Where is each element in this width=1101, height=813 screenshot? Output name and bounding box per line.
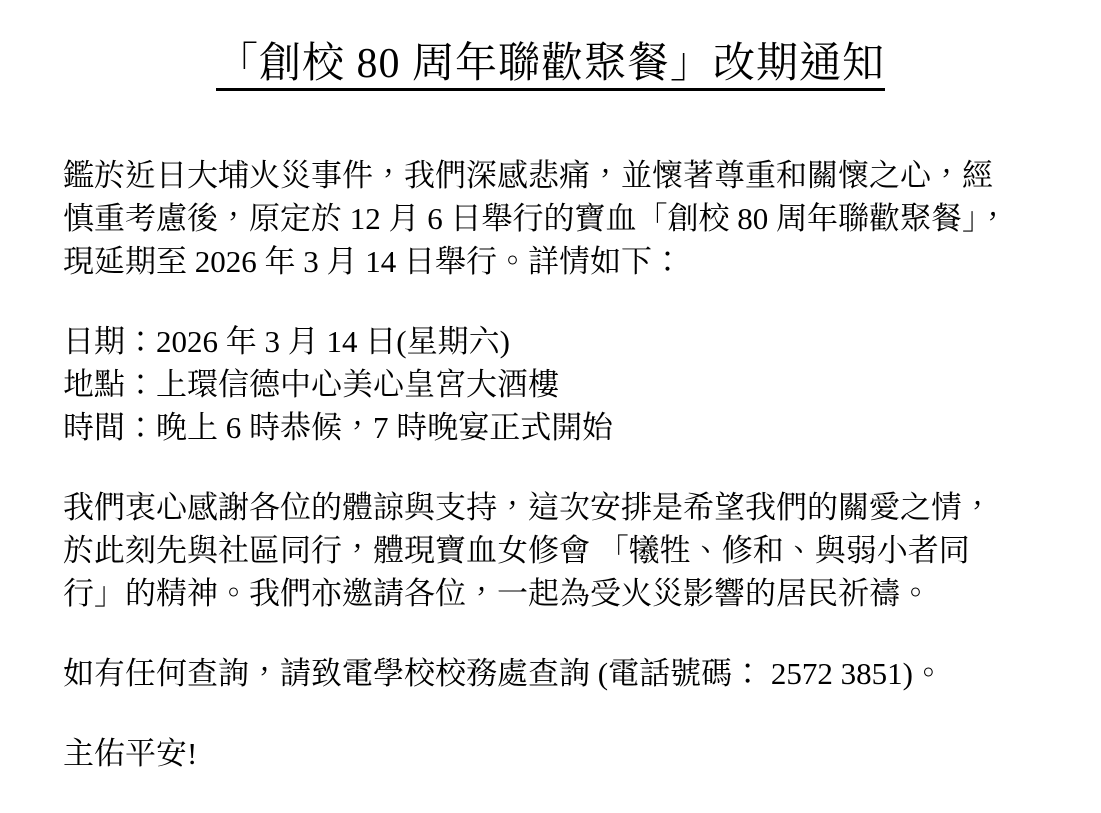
blank-line-2 bbox=[63, 449, 1071, 486]
gratitude-line-2: 於此刻先與社區同行，體現寶血女修會 「犧牲、修和、與弱小者同 bbox=[63, 529, 1071, 572]
blank-line-3 bbox=[63, 615, 1071, 652]
intro-line-1: 鑑於近日大埔火災事件，我們深感悲痛，並懷著尊重和關懷之心，經 bbox=[63, 154, 1071, 197]
blank-line-4 bbox=[63, 695, 1071, 732]
closing-line: 主佑平安! bbox=[63, 732, 1071, 775]
detail-line-venue: 地點：上環信德中心美心皇宮大酒樓 bbox=[63, 363, 1071, 406]
blank-line-1 bbox=[63, 283, 1071, 320]
notice-page: 「創校 80 周年聯歡聚餐」改期通知 鑑於近日大埔火災事件，我們深感悲痛，並懷著… bbox=[0, 0, 1101, 813]
document-title-text: 「創校 80 周年聯歡聚餐」改期通知 bbox=[216, 41, 885, 91]
detail-line-time: 時間：晚上 6 時恭候，7 時晚宴正式開始 bbox=[63, 406, 1071, 449]
intro-line-2: 慎重考慮後，原定於 12 月 6 日舉行的寶血「創校 80 周年聯歡聚餐」， bbox=[63, 197, 1071, 240]
intro-line-3: 現延期至 2026 年 3 月 14 日舉行。詳情如下： bbox=[63, 240, 1071, 283]
contact-line: 如有任何查詢，請致電學校校務處查詢 (電話號碼： 2572 3851)。 bbox=[63, 652, 1071, 695]
gratitude-line-3: 行」的精神。我們亦邀請各位，一起為受火災影響的居民祈禱。 bbox=[63, 572, 1071, 615]
detail-line-date: 日期：2026 年 3 月 14 日(星期六) bbox=[63, 320, 1071, 363]
document-body: 鑑於近日大埔火災事件，我們深感悲痛，並懷著尊重和關懷之心，經 慎重考慮後，原定於… bbox=[63, 154, 1071, 775]
gratitude-line-1: 我們衷心感謝各位的體諒與支持，這次安排是希望我們的關愛之情， bbox=[63, 486, 1071, 529]
document-title: 「創校 80 周年聯歡聚餐」改期通知 bbox=[0, 38, 1101, 90]
